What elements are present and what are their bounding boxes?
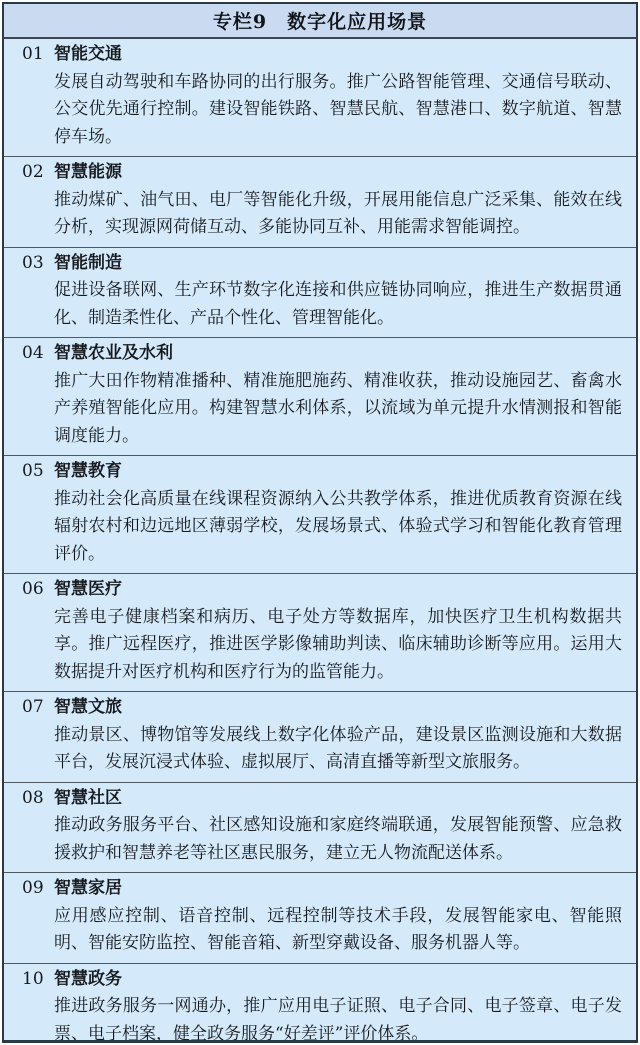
table-row: 03 智能制造 促进设备联网、生产环节数字化连接和供应链协同响应，推进生产数据贯… <box>4 248 636 339</box>
item-title: 智慧文旅 <box>54 694 122 722</box>
item-title: 智能交通 <box>54 41 122 69</box>
item-description: 推广大田作物精准播种、精准施肥施药、精准收获，推动设施园艺、畜禽水产养殖智能化应… <box>54 368 622 451</box>
item-title: 智能制造 <box>54 250 122 278</box>
item-description: 推动社会化高质量在线课程资源纳入公共教学体系，推进优质教育资源在线辐射农村和边远… <box>54 486 622 569</box>
item-header: 02 智慧能源 <box>22 159 622 187</box>
item-title: 智慧家居 <box>54 875 122 903</box>
item-header: 05 智慧教育 <box>22 458 622 486</box>
item-number: 03 <box>22 250 54 278</box>
item-header: 09 智慧家居 <box>22 875 622 903</box>
item-description: 应用感应控制、语音控制、远程控制等技术手段，发展智能家电、智能照明、智能安防监控… <box>54 903 622 958</box>
item-title: 智慧社区 <box>54 785 122 813</box>
item-header: 04 智慧农业及水利 <box>22 340 622 368</box>
table-body: 01 智能交通 发展自动驾驶和车路协同的出行服务。推广公路智能管理、交通信号联动… <box>4 39 636 1043</box>
item-header: 07 智慧文旅 <box>22 694 622 722</box>
table-title: 专栏9 数字化应用场景 <box>4 4 636 39</box>
item-number: 08 <box>22 785 54 813</box>
table-row: 10 智慧政务 推进政务服务一网通办，推广应用电子证照、电子合同、电子签章、电子… <box>4 964 636 1044</box>
item-description: 推动政务服务平台、社区感知设施和家庭终端联通，发展智能预警、应急救援救护和智慧养… <box>54 812 622 867</box>
item-number: 06 <box>22 576 54 604</box>
item-number: 07 <box>22 694 54 722</box>
document-page: 专栏9 数字化应用场景 01 智能交通 发展自动驾驶和车路协同的出行服务。推广公… <box>0 0 640 1045</box>
item-header: 01 智能交通 <box>22 41 622 69</box>
table-row: 07 智慧文旅 推动景区、博物馆等发展线上数字化体验产品，建设景区监测设施和大数… <box>4 692 636 783</box>
item-description: 发展自动驾驶和车路协同的出行服务。推广公路智能管理、交通信号联动、公交优先通行控… <box>54 69 622 152</box>
item-number: 01 <box>22 41 54 69</box>
item-number: 04 <box>22 340 54 368</box>
table-row: 09 智慧家居 应用感应控制、语音控制、远程控制等技术手段，发展智能家电、智能照… <box>4 873 636 964</box>
item-title: 智慧能源 <box>54 159 122 187</box>
table-row: 02 智慧能源 推动煤矿、油气田、电厂等智能化升级，开展用能信息广泛采集、能效在… <box>4 157 636 248</box>
item-header: 10 智慧政务 <box>22 966 622 994</box>
table-row: 05 智慧教育 推动社会化高质量在线课程资源纳入公共教学体系，推进优质教育资源在… <box>4 456 636 574</box>
item-description: 完善电子健康档案和病历、电子处方等数据库，加快医疗卫生机构数据共享。推广远程医疗… <box>54 604 622 687</box>
item-description: 推动景区、博物馆等发展线上数字化体验产品，建设景区监测设施和大数据平台，发展沉浸… <box>54 722 622 777</box>
item-description: 促进设备联网、生产环节数字化连接和供应链协同响应，推进生产数据贯通化、制造柔性化… <box>54 277 622 332</box>
table-row: 04 智慧农业及水利 推广大田作物精准播种、精准施肥施药、精准收获，推动设施园艺… <box>4 338 636 456</box>
item-header: 08 智慧社区 <box>22 785 622 813</box>
item-title: 智慧农业及水利 <box>54 340 173 368</box>
table-row: 06 智慧医疗 完善电子健康档案和病历、电子处方等数据库，加快医疗卫生机构数据共… <box>4 574 636 692</box>
item-number: 02 <box>22 159 54 187</box>
item-header: 06 智慧医疗 <box>22 576 622 604</box>
table-row: 01 智能交通 发展自动驾驶和车路协同的出行服务。推广公路智能管理、交通信号联动… <box>4 39 636 157</box>
item-description: 推动煤矿、油气田、电厂等智能化升级，开展用能信息广泛采集、能效在线分析，实现源网… <box>54 187 622 242</box>
item-description: 推进政务服务一网通办，推广应用电子证照、电子合同、电子签章、电子发票、电子档案，… <box>54 993 622 1043</box>
item-number: 09 <box>22 875 54 903</box>
item-title: 智慧政务 <box>54 966 122 994</box>
table-row: 08 智慧社区 推动政务服务平台、社区感知设施和家庭终端联通，发展智能预警、应急… <box>4 783 636 874</box>
item-number: 10 <box>22 966 54 994</box>
item-title: 智慧医疗 <box>54 576 122 604</box>
item-number: 05 <box>22 458 54 486</box>
item-title: 智慧教育 <box>54 458 122 486</box>
item-header: 03 智能制造 <box>22 250 622 278</box>
scenario-table: 专栏9 数字化应用场景 01 智能交通 发展自动驾驶和车路协同的出行服务。推广公… <box>2 2 638 1043</box>
